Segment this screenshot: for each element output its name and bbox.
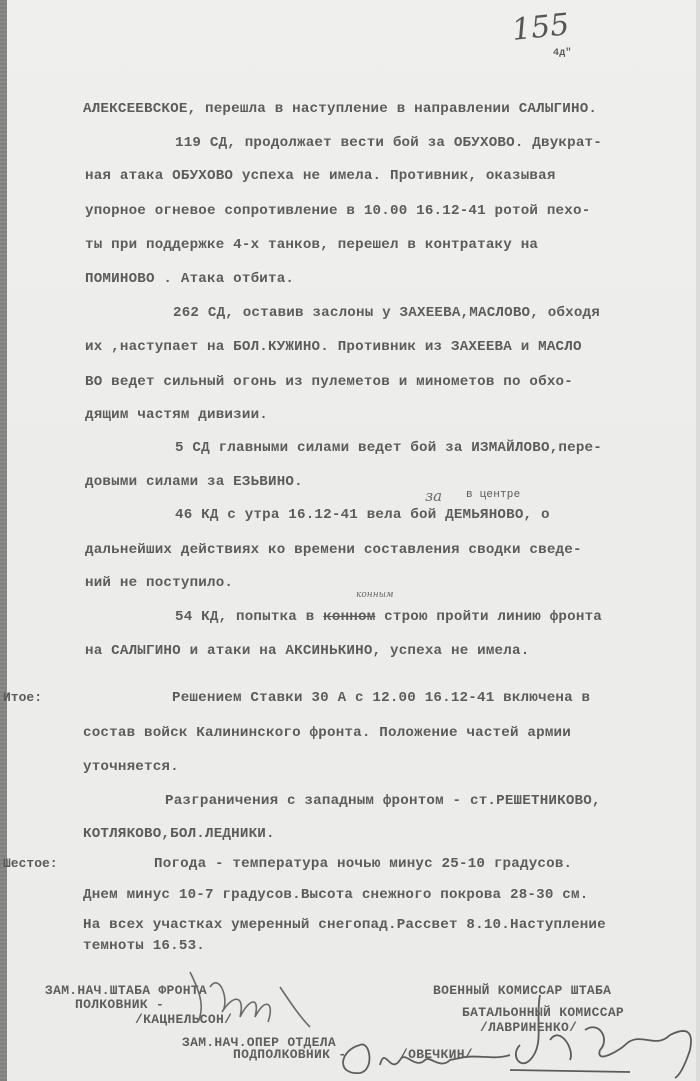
text-line: их ,наступает на БОЛ.КУЖИНО. Противник и… bbox=[85, 339, 582, 355]
text-segment: 54 КД, попытка в bbox=[175, 609, 323, 625]
section-label: Шестое: bbox=[3, 856, 58, 871]
text-line: Разграничения с западным фронтом - ст.РЕ… bbox=[165, 793, 601, 809]
text-line: ная атака ОБУХОВО успеха не имела. Проти… bbox=[85, 168, 556, 184]
scan-binding-edge bbox=[0, 0, 7, 1081]
scan-page-edge bbox=[696, 0, 700, 1081]
text-line: КОТЛЯКОВО,БОЛ.ЛЕДНИКИ. bbox=[83, 826, 275, 842]
text-line: Погода - температура ночью минус 25-10 г… bbox=[154, 856, 572, 872]
text-line: 5 СД главными силами ведет бой за ИЗМАЙЛ… bbox=[175, 440, 602, 456]
text-line: темноты 16.53. bbox=[83, 938, 205, 954]
text-line: 262 СД, оставив заслоны у ЗАХЕЕВА,МАСЛОВ… bbox=[173, 305, 600, 321]
text-line: ний не поступило. bbox=[85, 575, 233, 591]
text-line: 54 КД, попытка в конном строю пройти лин… bbox=[175, 609, 602, 625]
handwritten-signature-left bbox=[150, 962, 330, 1032]
section-label: Итое: bbox=[3, 690, 42, 705]
text-line: ты при поддержке 4-х танков, перешел в к… bbox=[85, 237, 538, 253]
handwritten-page-number: 155 bbox=[510, 7, 571, 48]
text-line: ПОМИНОВО . Атака отбита. bbox=[85, 271, 294, 287]
handwritten-signature-right bbox=[500, 990, 700, 1081]
text-line: 119 СД, продолжает вести бой за ОБУХОВО.… bbox=[175, 135, 602, 151]
text-line: уточняется. bbox=[83, 759, 179, 775]
text-line: на САЛЫГИНО и атаки на АКСИНЬКИНО, успех… bbox=[85, 643, 529, 659]
document-page: 155 4д" АЛЕКСЕЕВСКОЕ, перешла в наступле… bbox=[0, 0, 700, 1081]
page-mark: 4д" bbox=[553, 48, 572, 59]
handwritten-insert-centre: в центре bbox=[466, 489, 520, 501]
text-line: ВО ведет сильный огонь из пулеметов и ми… bbox=[85, 374, 573, 390]
struck-word: конном bbox=[323, 609, 375, 625]
text-line: 46 КД с утра 16.12-41 вела бой ДЕМЬЯНОВО… bbox=[175, 507, 550, 523]
text-segment: строю пройти линию фронта bbox=[375, 609, 602, 625]
text-line: довыми силами за ЕЗЬВИНО. bbox=[85, 474, 303, 490]
text-line: Днем минус 10-7 градусов.Высота снежного… bbox=[83, 887, 588, 903]
text-line: дящим частям дивизии. bbox=[85, 407, 268, 423]
text-line: состав войск Калининского фронта. Положе… bbox=[83, 725, 571, 741]
text-line: дальнейших действиях ко времени составле… bbox=[85, 542, 582, 558]
text-line: На всех участках умеренный снегопад.Расс… bbox=[83, 917, 606, 933]
handwritten-correction: конным bbox=[356, 590, 393, 600]
text-line: Решением Ставки 30 А с 12.00 16.12-41 вк… bbox=[172, 690, 590, 706]
handwritten-insert: за bbox=[425, 487, 442, 505]
text-line: АЛЕКСЕЕВСКОЕ, перешла в наступление в на… bbox=[83, 101, 597, 117]
text-line: упорное огневое сопротивление в 10.00 16… bbox=[85, 203, 590, 219]
